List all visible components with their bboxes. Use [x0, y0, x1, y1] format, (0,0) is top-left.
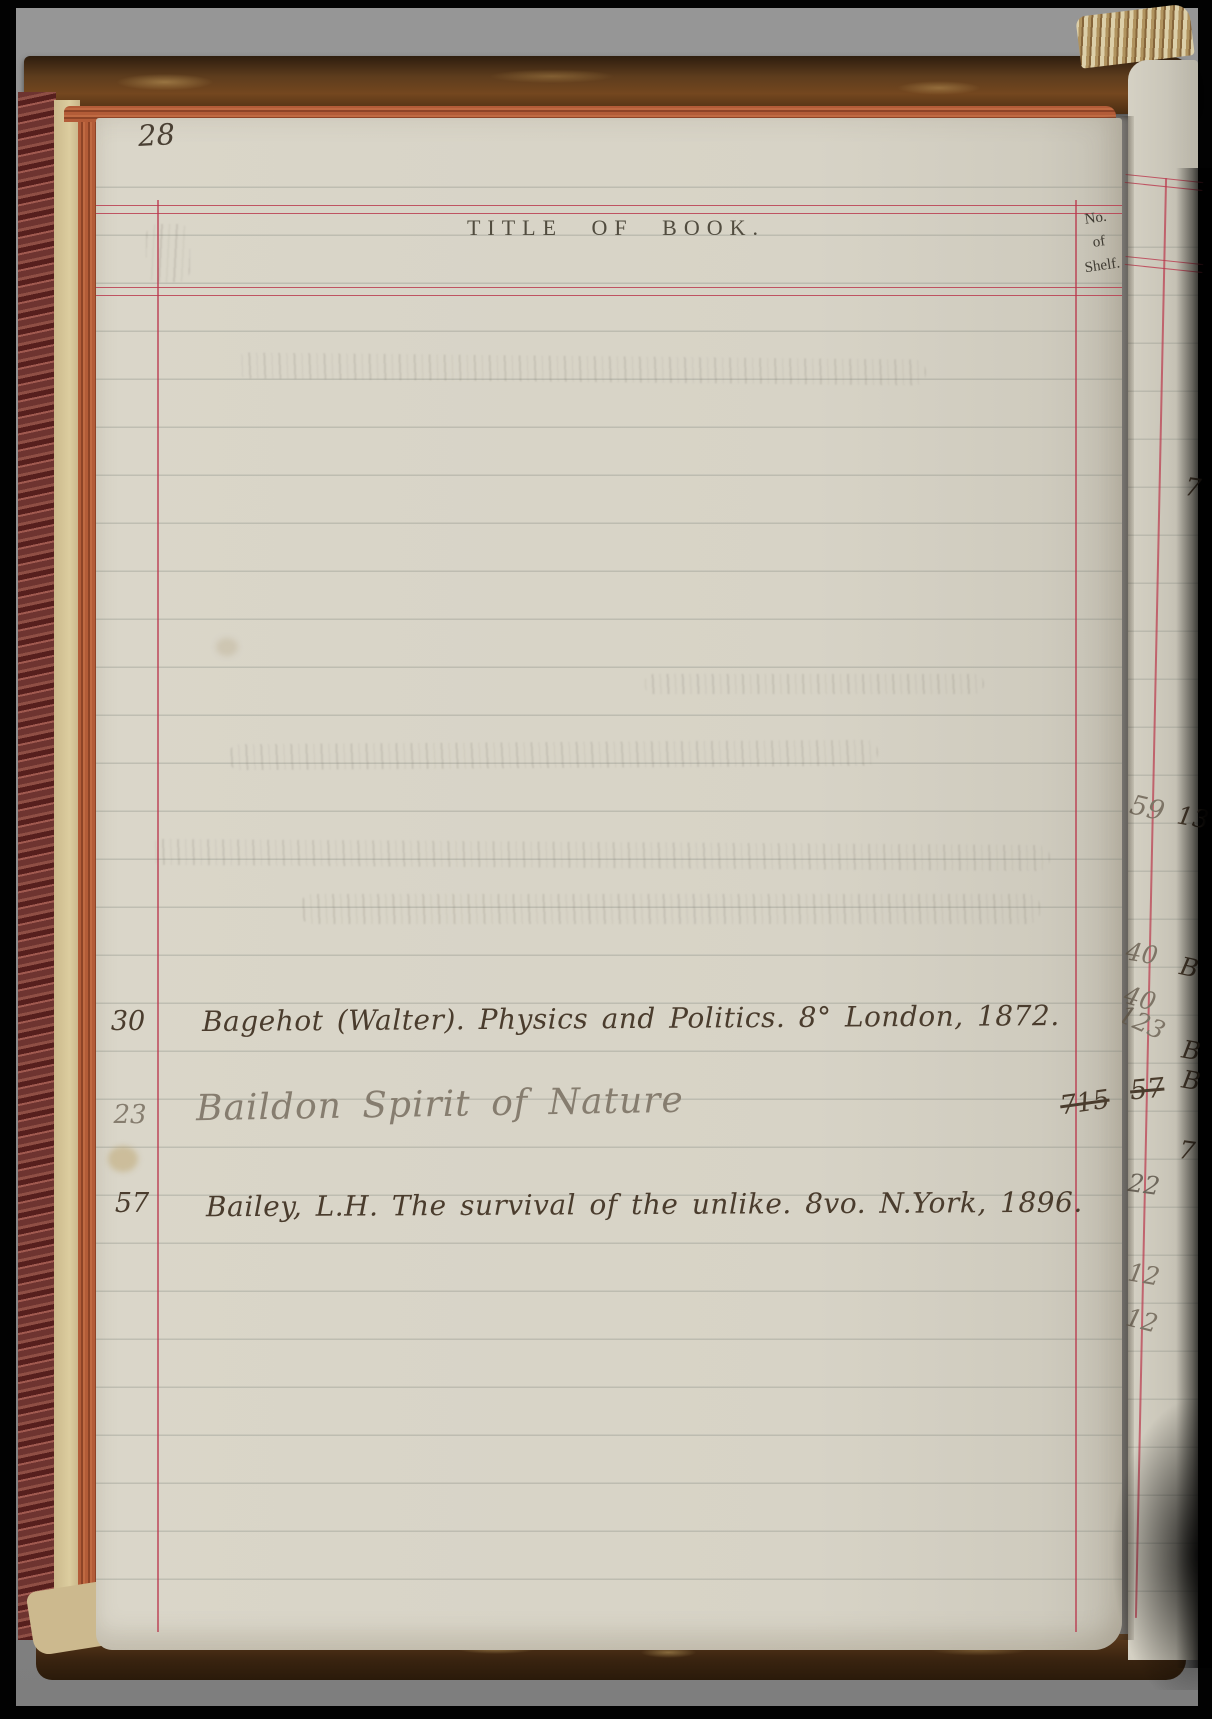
- bleedthrough-line: [644, 674, 984, 694]
- entry-number: 30: [102, 1006, 154, 1037]
- entry-title: Bailey, L.H. The survival of the unlike.…: [206, 1186, 1083, 1224]
- entry-title: Bagehot (Walter). Physics and Politics. …: [202, 999, 1060, 1038]
- photo-frame: 59 40 40 123 57 22 12 12 7 13 B B B 7 28…: [0, 0, 1212, 1719]
- ledger-page: 28 TITLE OF BOOK. No. of Shelf. 30 Bageh…: [96, 118, 1122, 1650]
- bottom-right-shadow: [1108, 1390, 1212, 1690]
- folio-number: 28: [137, 117, 176, 153]
- page-block-edge-left: [54, 100, 80, 1628]
- shelf-column-header: No. of Shelf.: [1071, 203, 1127, 281]
- paper-stain: [216, 638, 238, 656]
- header-rule-bottom: [96, 287, 1122, 296]
- entry-title: Baildon Spirit of Nature: [196, 1080, 684, 1130]
- cover-marbled-edge: [18, 92, 56, 1640]
- bleedthrough-line: [300, 894, 1040, 924]
- shelf-column-rule: [1075, 200, 1077, 1632]
- header-rule-top: [96, 205, 1122, 214]
- next-page-crossed-out-number: 57: [1129, 1073, 1166, 1107]
- paper-stain: [108, 1146, 138, 1172]
- bleedthrough-mark: [146, 224, 190, 282]
- margin-rule: [157, 200, 159, 1632]
- entry-number: 23: [104, 1100, 156, 1130]
- bleedthrough-line: [228, 740, 878, 771]
- entry-number: 57: [106, 1188, 158, 1219]
- page-title: TITLE OF BOOK.: [266, 215, 966, 241]
